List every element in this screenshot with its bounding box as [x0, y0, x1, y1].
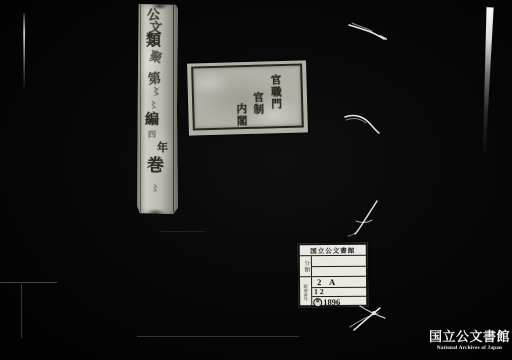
thread-second	[346, 119, 366, 123]
thread-top	[380, 36, 386, 39]
thread-second	[345, 116, 379, 133]
cover-edge-line	[137, 336, 299, 337]
watermark-kanji: 国立公文書館	[427, 329, 512, 345]
archive-book-cover-photo: 公 文 類 聚 第 〻 〻 編 四 年 巻 〻 官職門 官制 内閣 国立公文書館…	[0, 0, 512, 360]
archive-watermark: 国立公文書館 National Archives of Japan	[427, 329, 512, 351]
binding-threads	[0, 0, 512, 360]
crease-line	[21, 284, 22, 338]
thread-third	[348, 233, 355, 236]
thread-knot	[354, 308, 380, 330]
thread-knot	[350, 313, 378, 327]
watermark-english: National Archives of Japan	[427, 346, 512, 351]
crease-line	[160, 231, 205, 232]
thread-top	[349, 25, 384, 39]
crease-line	[0, 282, 57, 283]
thread-knot	[372, 311, 376, 315]
thread-third	[355, 201, 377, 234]
